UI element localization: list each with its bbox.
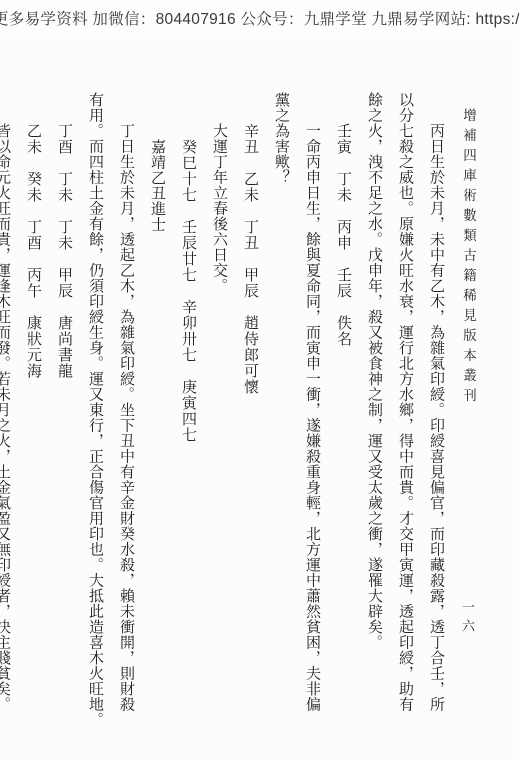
body-text-column: 黨之為害歟？ (271, 92, 292, 755)
text-columns: 丙日生於未月，未中有乙木，為雜氣印綬。印綬喜見偏官，而印藏殺露，透丁合壬，所以分… (0, 92, 447, 755)
four-pillars-column: 乙未 癸未 丁酉 丙午 康狀元海 (23, 92, 44, 755)
body-text-column: 以分七殺之威也。原嫌火旺水衰，運行北方水鄉，得中而貴。才交甲寅運，透起印綬，助有 (395, 92, 416, 755)
watermark-text: 更多易学资料 加微信：804407916 公众号：九鼎学堂 九鼎易学网站: ht… (0, 11, 519, 28)
body-text-column: 丙日生於未月，未中有乙木，為雜氣印綬。印綬喜見偏官，而印藏殺露，透丁合壬，所 (426, 92, 447, 755)
page-number: 一六 (458, 600, 477, 638)
body-text-column: 丁日生於未月，透起乙木，為雜氣印綬。坐下丑中有辛金財癸水殺，賴未衝開，則財殺 (116, 92, 137, 755)
screenshot-root: 更多易学资料 加微信：804407916 公众号：九鼎学堂 九鼎易学网站: ht… (0, 0, 519, 761)
four-pillars-column: 壬寅 丁未 丙申 壬辰 佚名 (333, 92, 354, 755)
book-series-title: 增補四庫術數類古籍稀見版本叢刊 (458, 108, 478, 408)
luck-periods-column: 癸巳十七 壬辰廿七 辛卯卅七 庚寅四七 (178, 92, 199, 755)
body-text-column: 餘之火，洩不足之水。戊申年，殺又被食神之制，運又受太歲之衝，遂罹大辟矣。 (364, 92, 385, 755)
body-text-column: 皆以命元火旺而貴，運逢木旺而發。若未月之火，土金氣盈又無印綬者，決主賤貧矣。 (0, 92, 13, 755)
book-page-scan: 增補四庫術數類古籍稀見版本叢刊 一六 丙日生於未月，未中有乙木，為雜氣印綬。印綬… (0, 40, 519, 761)
body-text-column: 有用。而四柱土金有餘，仍須印綬生身。運又東行，正合傷官用印也。大抵此造喜木火旺地… (85, 92, 106, 755)
body-text-column: 嘉靖乙丑進士 (147, 92, 168, 755)
body-text-column: 大運丁年立春後六日交。 (209, 92, 230, 755)
four-pillars-column: 辛丑 乙未 丁丑 甲辰 趙侍郎可懷 (240, 92, 261, 755)
watermark-header: 更多易学资料 加微信：804407916 公众号：九鼎学堂 九鼎易学网站: ht… (0, 7, 519, 29)
body-text-column: 一命丙申日生，餘與夏命同，而寅申一衝，遂嫌殺重身輕，北方運中蕭然貧困，夫非偏 (302, 92, 323, 755)
four-pillars-column: 丁酉 丁未 丁未 甲辰 唐尚書龍 (54, 92, 75, 755)
